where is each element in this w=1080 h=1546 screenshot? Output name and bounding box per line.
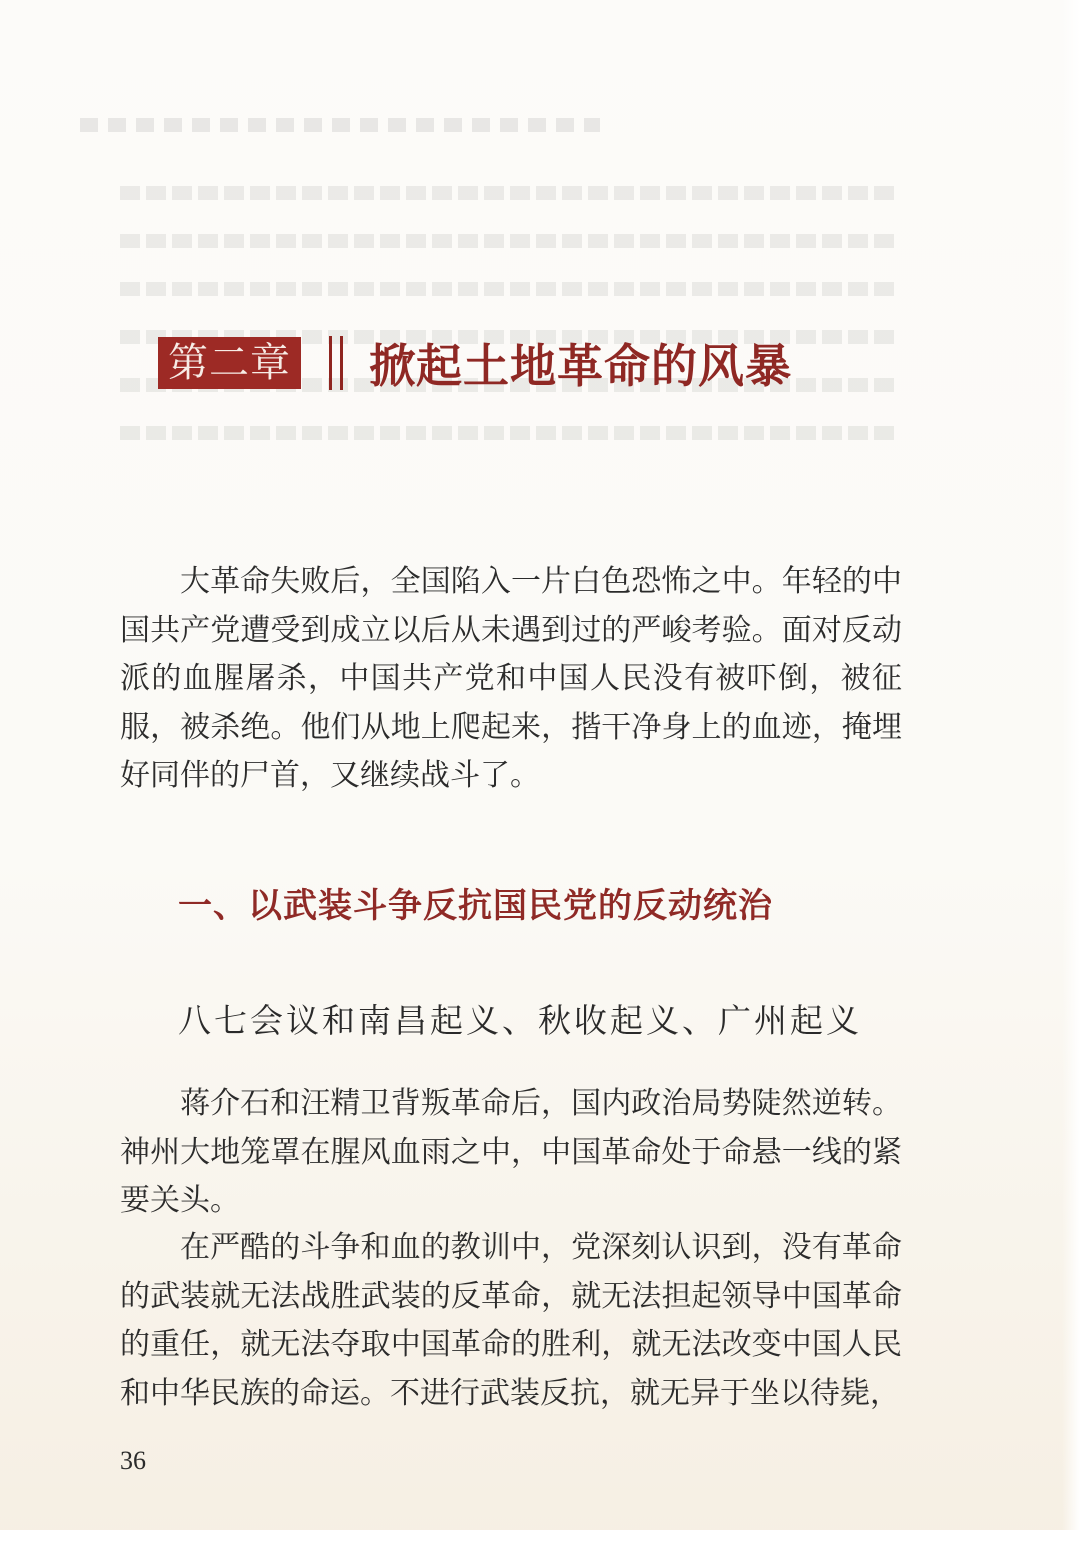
- page-number: 36: [120, 1446, 146, 1476]
- body-paragraph-1: 蒋介石和汪精卫背叛革命后，国内政治局势陡然逆转。神州大地笼罩在腥风血雨之中，中国…: [120, 1080, 902, 1226]
- chapter-number-badge: 第二章: [158, 337, 301, 389]
- intro-paragraph: 大革命失败后，全国陷入一片白色恐怖之中。年轻的中国共产党遭受到成立以后从未遇到过…: [120, 558, 902, 801]
- book-page: 第二章 掀起土地革命的风暴 大革命失败后，全国陷入一片白色恐怖之中。年轻的中国共…: [0, 0, 1080, 1546]
- chapter-title: 掀起土地革命的风暴: [369, 330, 792, 396]
- bleed-through-text: [120, 186, 900, 446]
- chapter-heading: 第二章 掀起土地革命的风暴: [158, 330, 792, 396]
- bleed-through-header: [80, 118, 600, 132]
- page-bottom-margin: [0, 1530, 1080, 1546]
- page-edge: [1062, 0, 1080, 1546]
- subsection-title: 八七会议和南昌起义、秋收起义、广州起义: [178, 995, 862, 1042]
- body-paragraph-2: 在严酷的斗争和血的教训中，党深刻认识到，没有革命的武装就无法战胜武装的反革命，就…: [120, 1224, 902, 1418]
- section-title: 一、以武装斗争反抗国民党的反动统治: [178, 878, 773, 927]
- double-bar-divider: [329, 336, 343, 390]
